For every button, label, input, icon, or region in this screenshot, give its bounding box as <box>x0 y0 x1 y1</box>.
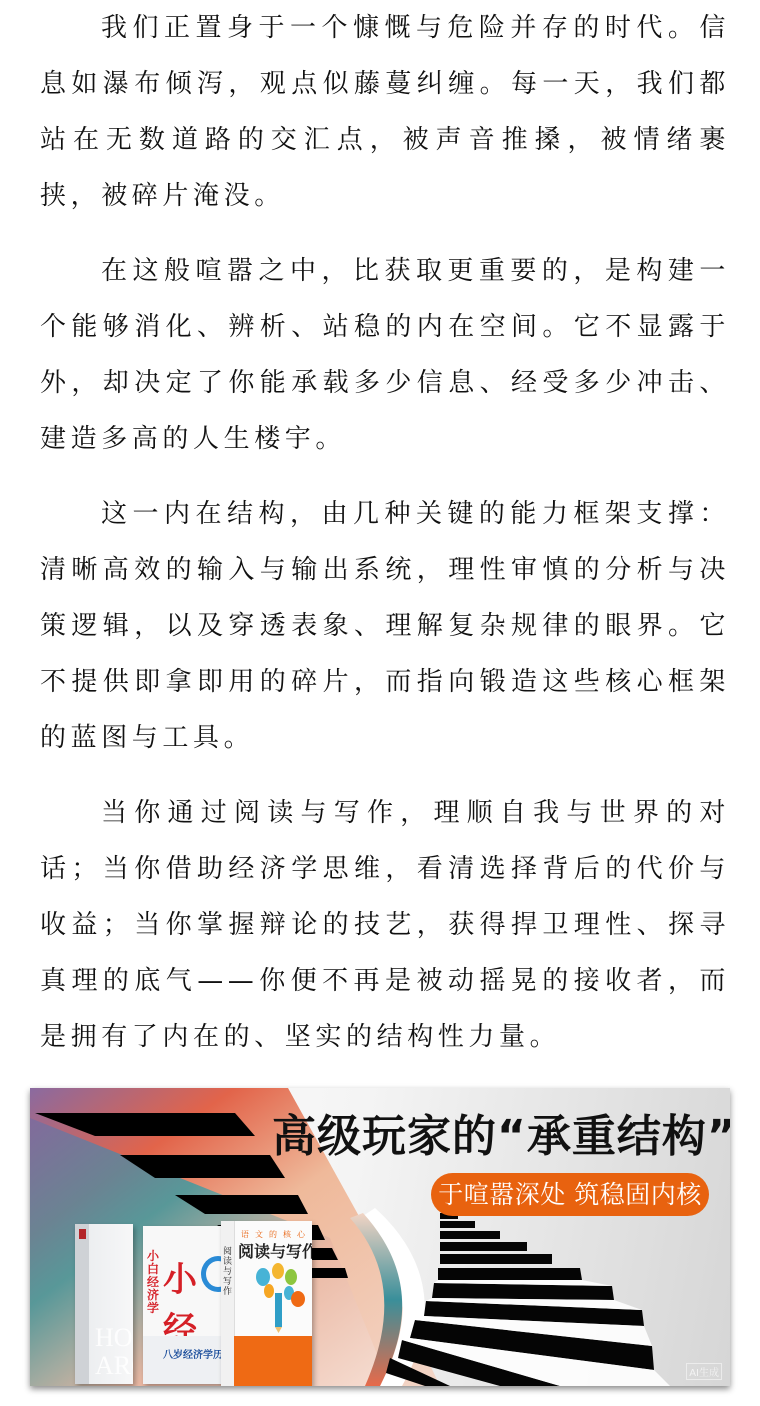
book-spine <box>75 1224 89 1384</box>
book-cover-ghost-text: HO ARG <box>95 1324 133 1380</box>
banner-subtitle-pill: 于喧嚣深处 筑稳固内核 <box>431 1173 709 1216</box>
book-cover-2: 小白经济学 小 经济 八岁经济学历史 <box>143 1226 223 1384</box>
pencil-tree-icon <box>251 1263 306 1333</box>
book-band-text: 八岁经济学历史 <box>163 1346 223 1361</box>
book-orange-band <box>234 1336 312 1386</box>
publisher-logo-icon <box>79 1229 86 1239</box>
paragraph-4: 当你通过阅读与写作，理顺自我与世界的对话；当你借助经济学思维，看清选择背后的代价… <box>40 785 730 1065</box>
book-spine-title: 阅读与写作 <box>223 1247 233 1297</box>
book-cover-3: 阅读与写作 语文的核心 阅读与写作 <box>221 1221 312 1386</box>
book-spine <box>221 1221 235 1386</box>
book-spine-title: 小白经济学 <box>147 1250 161 1315</box>
book-cover-big-char: 小 <box>163 1252 197 1301</box>
paragraph-3: 这一内在结构，由几种关键的能力框架支撑：清晰高效的输入与输出系统，理性审慎的分析… <box>40 486 730 766</box>
banner-title: 高级玩家的“承重结构” <box>272 1100 730 1164</box>
cover-swirl-icon <box>201 1256 223 1292</box>
paragraph-2: 在这般喧嚣之中，比获取更重要的，是构建一个能够消化、辨析、站稳的内在空间。它不显… <box>40 243 730 467</box>
book-title: 阅读与写作 <box>238 1239 312 1262</box>
ai-watermark: AI生成 <box>686 1363 722 1380</box>
paragraph-1: 我们正置身于一个慷慨与危险并存的时代。信息如瀑布倾泻，观点似藤蔓纠缠。每一天，我… <box>40 0 730 224</box>
promo-banner-image: 高级玩家的“承重结构” 于喧嚣深处 筑稳固内核 HO ARG 小白经济学 小 经… <box>30 1088 730 1386</box>
book-cover-1: HO ARG <box>75 1224 133 1384</box>
